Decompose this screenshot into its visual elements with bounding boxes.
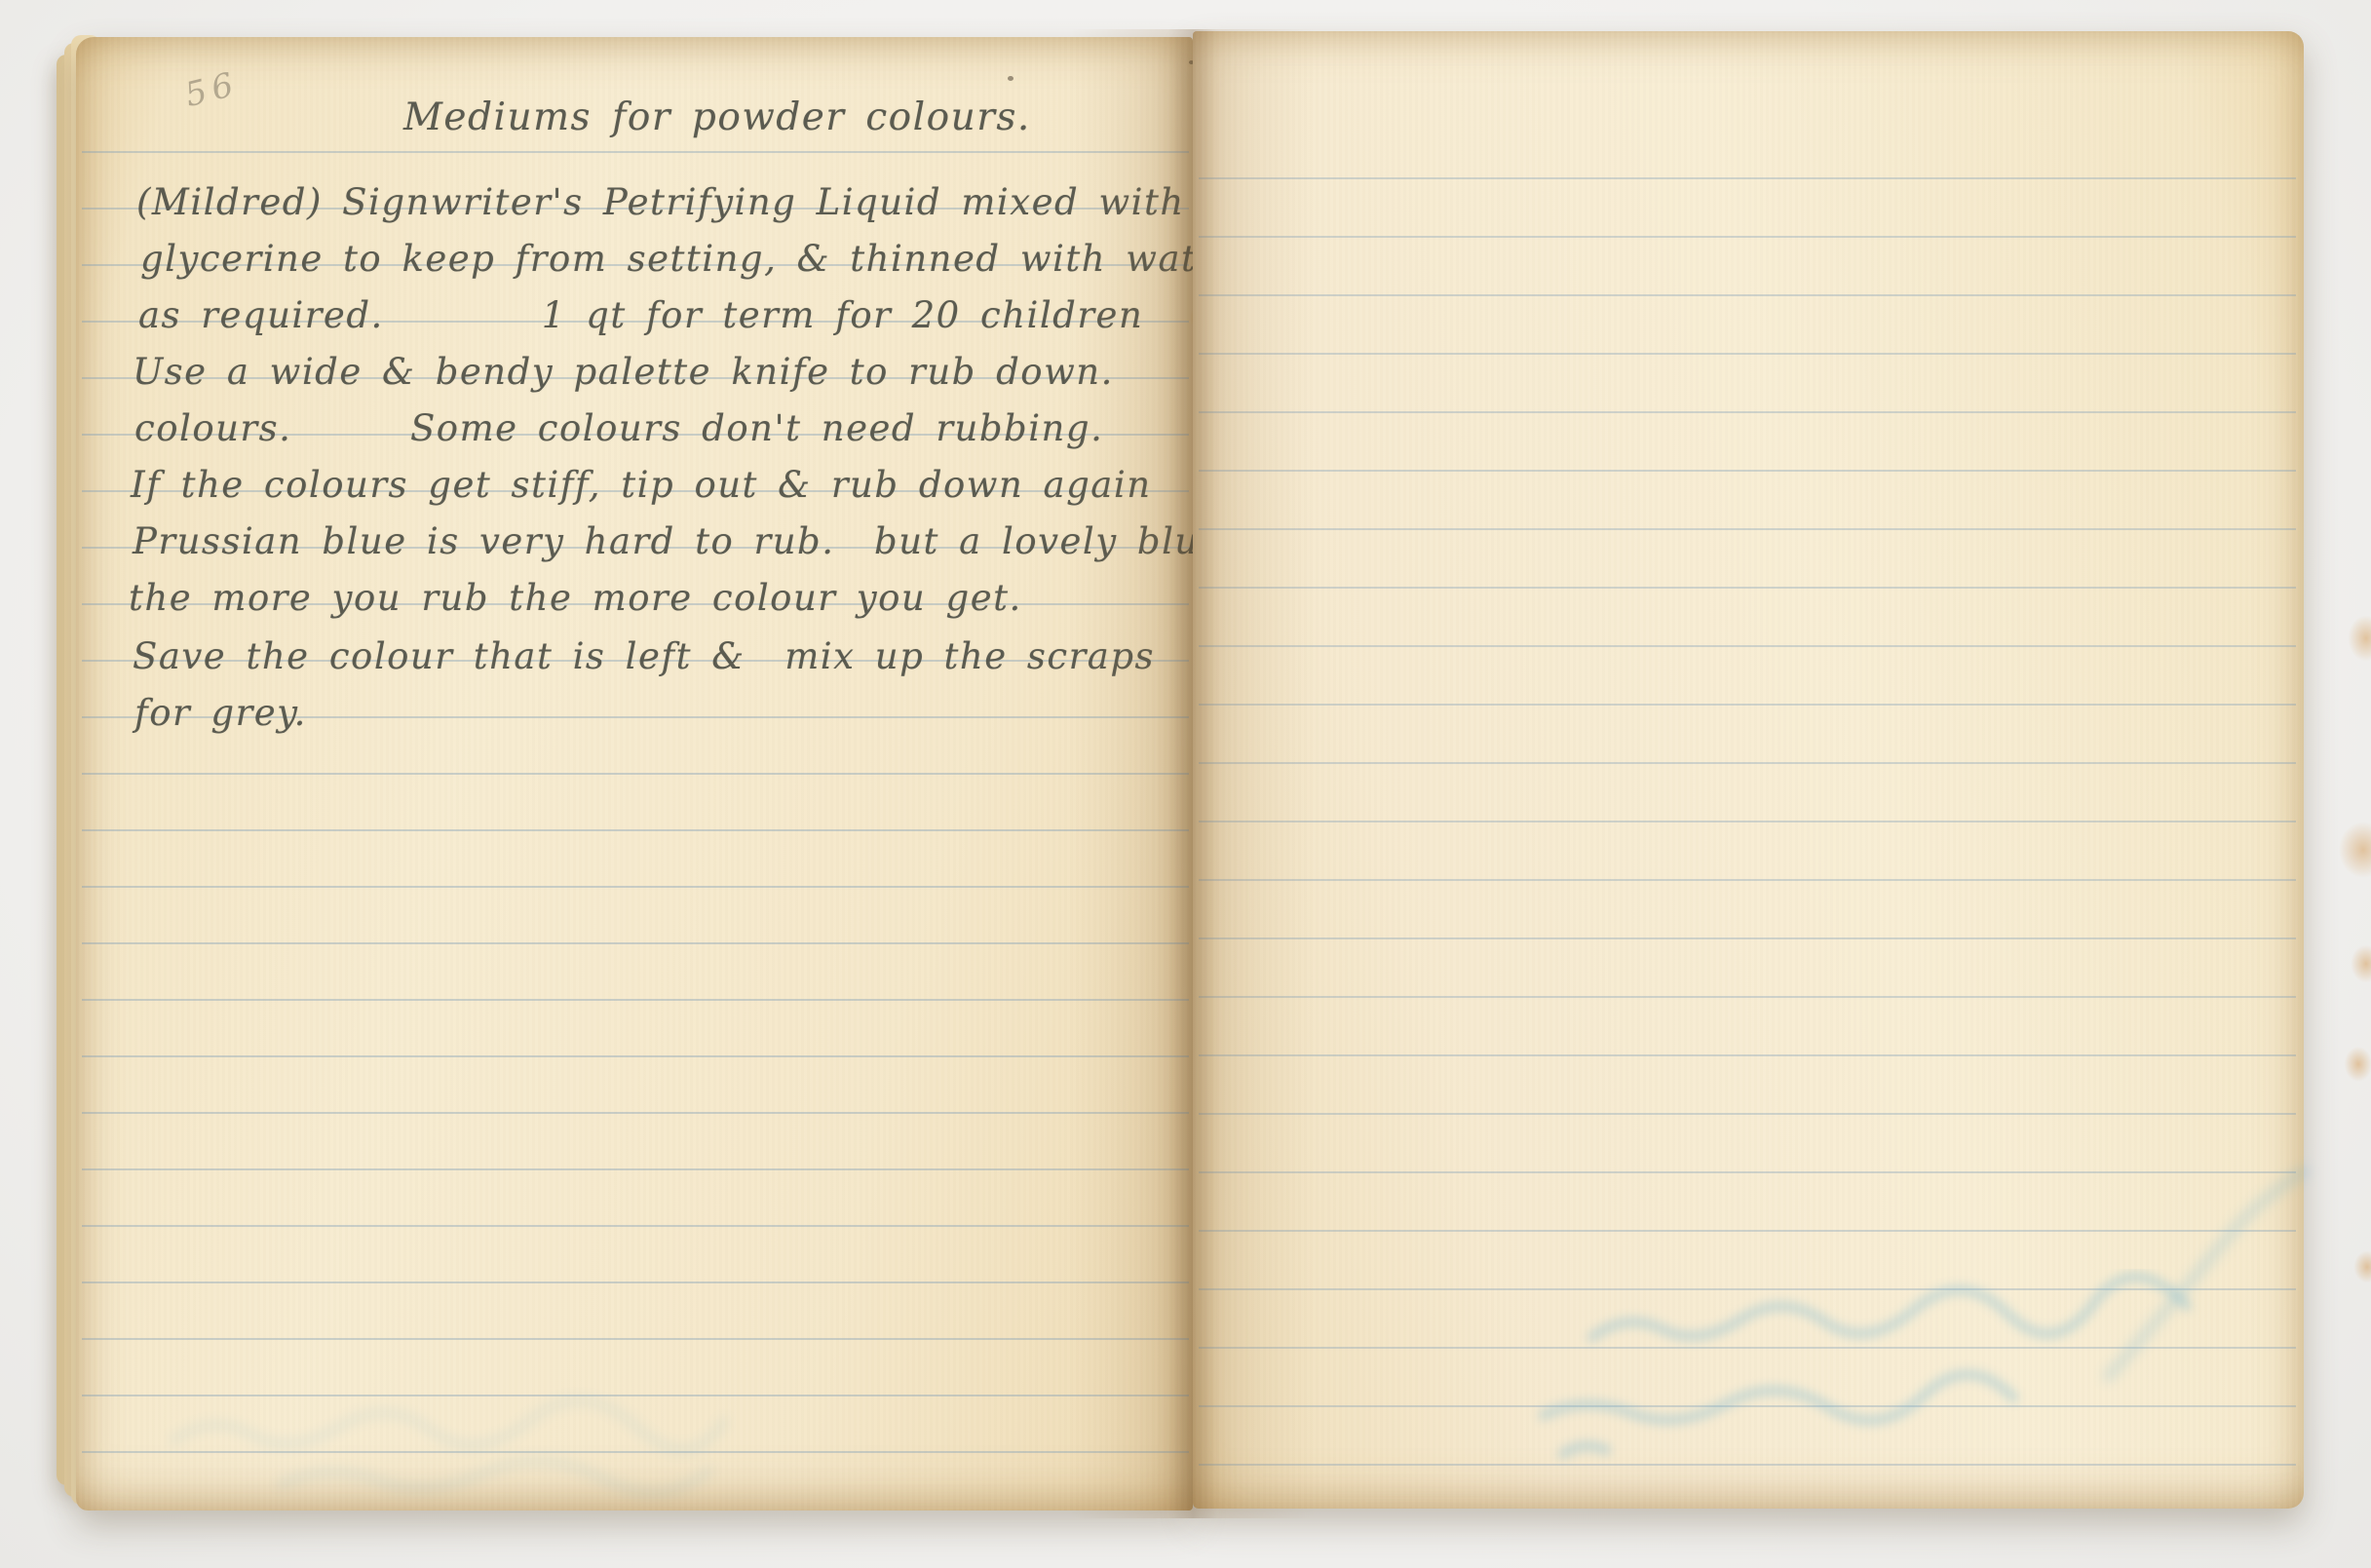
handwriting-line: Save the colour that is left & mix up th… <box>133 632 1155 681</box>
handwriting-title: Mediums for powder colours. <box>403 94 1031 142</box>
handwriting-line: glycerine to keep from setting, & thinne… <box>140 235 1239 284</box>
handwriting-line: the more you rub the more colour you get… <box>129 574 1022 623</box>
ink-speck <box>1008 76 1013 81</box>
handwriting-line: Use a wide & bendy palette knife to rub … <box>133 348 1114 397</box>
photo-of-open-notebook: 56 Mediums for powder colours. (Mildred)… <box>0 0 2371 1568</box>
foxing-stain <box>2341 606 2371 670</box>
handwriting-line: Prussian blue is very hard to rub. but a… <box>133 517 1222 566</box>
notebook: 56 Mediums for powder colours. (Mildred)… <box>57 29 2304 1518</box>
handwriting-line: If the colours get stiff, tip out & rub … <box>131 461 1152 510</box>
foxing-stain <box>2339 1040 2371 1089</box>
foxing-stain <box>2329 811 2371 889</box>
ruled-lines <box>1199 177 2296 1483</box>
foxing-stain <box>2345 937 2371 990</box>
right-page <box>1193 31 2304 1509</box>
left-page: 56 Mediums for powder colours. (Mildred)… <box>76 37 1193 1511</box>
foxing-stain <box>2349 1244 2371 1289</box>
handwriting-line: colours. Some colours don't need rubbing… <box>134 404 1103 453</box>
handwriting-line: for grey. <box>134 689 307 738</box>
handwriting-line: (Mildred) Signwriter's Petrifying Liquid… <box>136 178 1185 227</box>
handwriting-line: as required. 1 qt for term for 20 childr… <box>138 291 1339 340</box>
